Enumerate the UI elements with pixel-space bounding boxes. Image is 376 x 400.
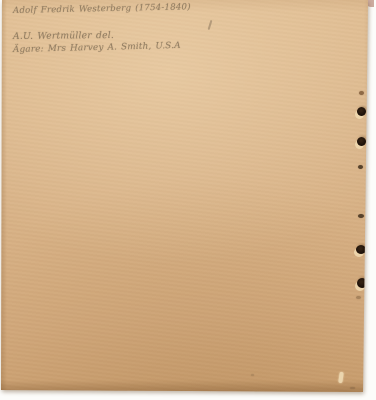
paper-marks-layer (0, 0, 376, 400)
paper-speck (251, 374, 254, 376)
stain-dot (358, 165, 363, 169)
stain-dot (358, 214, 364, 218)
punch-hole (357, 137, 366, 146)
punch-hole (356, 245, 366, 254)
paper-shadow: Adolf Fredrik Westerberg (1754-1840) A.U… (0, 0, 376, 400)
punch-hole (357, 107, 366, 116)
paper-scratch (338, 372, 343, 383)
stain-dash (350, 387, 355, 389)
punch-hole (357, 278, 367, 288)
pencil-tick (208, 20, 213, 30)
archive-card-paper: Adolf Fredrik Westerberg (1754-1840) A.U… (0, 0, 376, 400)
stain-dot (356, 296, 361, 299)
stain-dot (359, 91, 364, 95)
scanned-document-canvas: Adolf Fredrik Westerberg (1754-1840) A.U… (0, 0, 376, 400)
